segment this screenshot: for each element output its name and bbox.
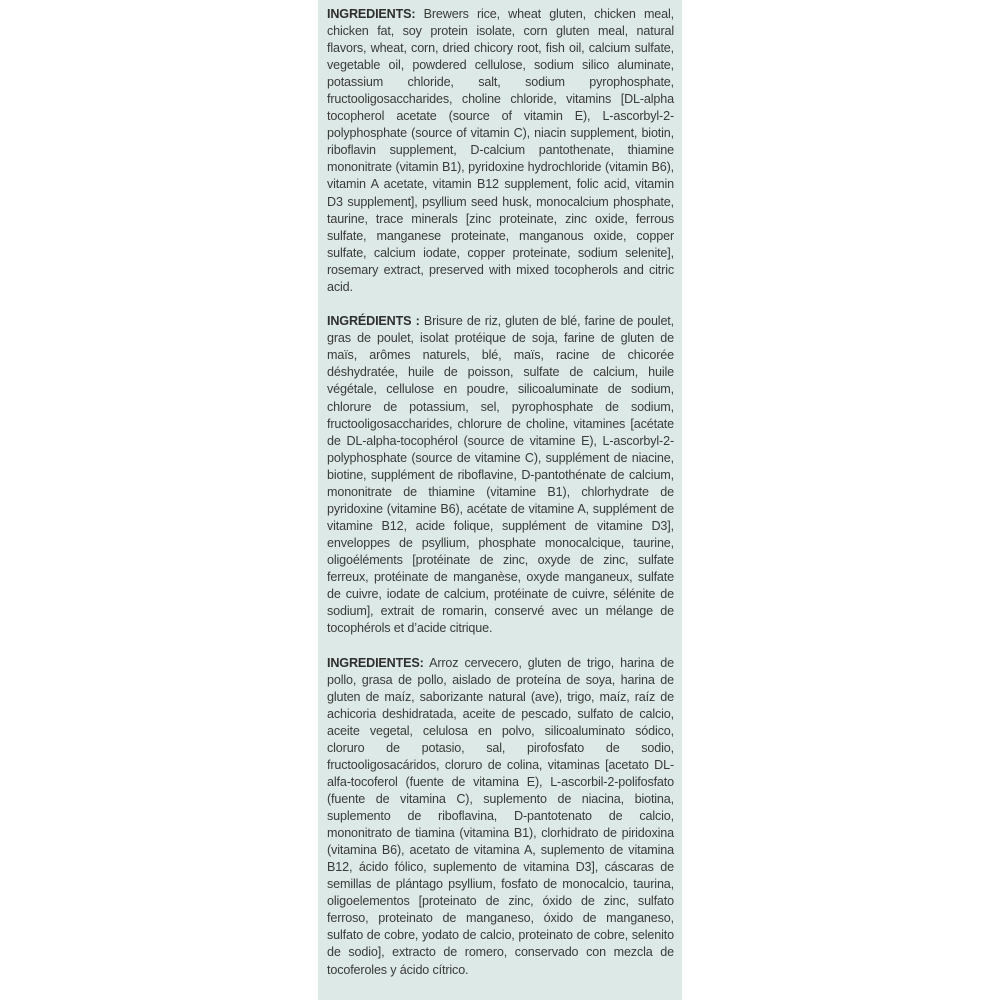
ingredients-heading-french: INGRÉDIENTS : [327,314,420,328]
ingredients-text-french: Brisure de riz, gluten de blé, farine de… [327,314,674,635]
ingredients-text-english: Brewers rice, wheat gluten, chicken meal… [327,7,674,294]
ingredients-french: INGRÉDIENTS : Brisure de riz, gluten de … [327,313,674,637]
ingredients-spanish: INGREDIENTES: Arroz cervecero, gluten de… [327,655,674,979]
ingredients-text-spanish: Arroz cervecero, gluten de trigo, harina… [327,656,674,977]
ingredients-heading-english: INGREDIENTS: [327,7,415,21]
ingredients-english: INGREDIENTS: Brewers rice, wheat gluten,… [327,6,674,296]
ingredients-heading-spanish: INGREDIENTES: [327,656,424,670]
ingredients-label-panel: INGREDIENTS: Brewers rice, wheat gluten,… [318,0,682,1000]
